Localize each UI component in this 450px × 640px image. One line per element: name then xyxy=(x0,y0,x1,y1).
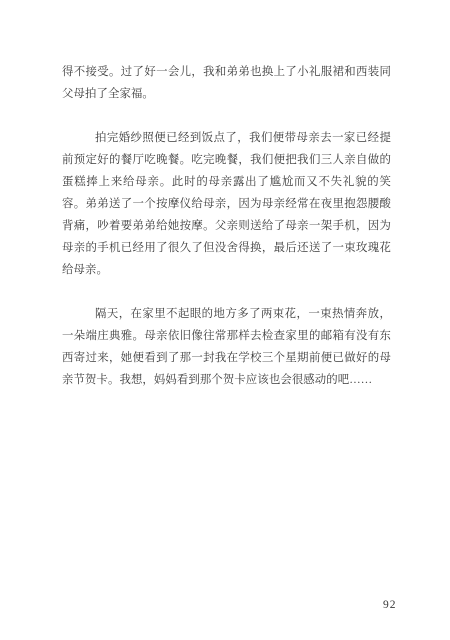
paragraph-continuation: 得不接受。过了好一会儿，我和弟弟也换上了小礼服裙和西装同父母拍了全家福。 xyxy=(62,61,391,105)
document-page: 得不接受。过了好一会儿，我和弟弟也换上了小礼服裙和西装同父母拍了全家福。 拍完婚… xyxy=(0,0,450,640)
paragraph: 拍完婚纱照便已经到饭点了，我们便带母亲去一家已经提前预定好的餐厅吃晚餐。吃完晚餐… xyxy=(62,127,391,281)
body-text: 得不接受。过了好一会儿，我和弟弟也换上了小礼服裙和西装同父母拍了全家福。 拍完婚… xyxy=(62,61,391,391)
page-number: 92 xyxy=(383,599,397,611)
paragraph: 隔天，在家里不起眼的地方多了两束花，一束热情奔放，一朵端庄典雅。母亲依旧像往常那… xyxy=(62,303,391,391)
